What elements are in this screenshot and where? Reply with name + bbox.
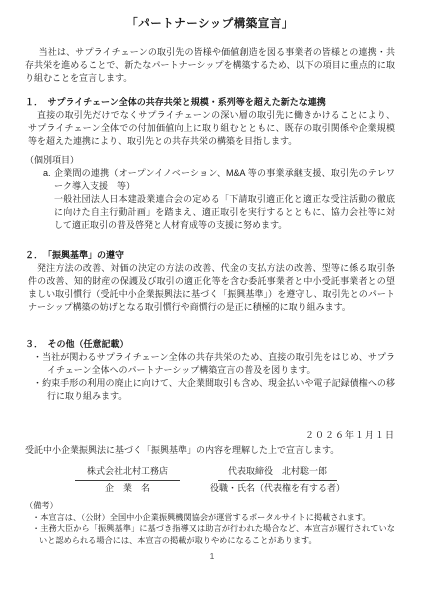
list-item-a-note: 一般社団法人日本建設業連合会の定める「下請取引適正化と適正な受注活動の徹底に向け… xyxy=(54,193,395,232)
section-1-subheading: （個別項目） xyxy=(25,154,395,167)
representative-name-label: 役職・氏名（代表権を有する者） xyxy=(210,482,345,495)
company-name-label: 企 業 名 xyxy=(75,482,180,495)
page-number: 1 xyxy=(0,550,424,563)
list-item-a-content: 企業間の連携（オープンイノベーション、M&A 等の事業承継支援、取引先のテレワー… xyxy=(54,167,395,232)
section-2-body: 発注方法の改善、対価の決定の方法の改善、代金の支払方法の改善、型等に係る取引条件… xyxy=(25,262,395,314)
declaration-date: ２０２６年１月１日 xyxy=(25,429,395,442)
note-item-1: ・本宣言は、（公財）全国中小企業振興機関協会が運営するポータルサイトに掲載されま… xyxy=(25,512,395,524)
representative-signature: 代表取締役 北村聡一郎 役職・氏名（代表権を有する者） xyxy=(210,465,345,495)
section-3-bullet-2: ・約束手形の利用の廃止に向けて、大企業間取引も含め、現金払いや電子記録債権への移… xyxy=(25,377,395,403)
representative-name: 代表取締役 北村聡一郎 xyxy=(218,465,337,481)
notes-section: （備考） ・本宣言は、（公財）全国中小企業振興機関協会が運営するポータルサイトに… xyxy=(25,500,395,546)
section-3: ３． その他（任意記載） ・当社が関わるサプライチェーン全体の共存共栄のため、直… xyxy=(25,338,395,403)
company-signature: 株式会社北村工務店 企 業 名 xyxy=(75,465,180,495)
notes-heading: （備考） xyxy=(25,500,395,512)
intro-paragraph: 当社は、サプライチェーンの取引先の皆様や価値創造を図る事業者の皆様との連携・共存… xyxy=(25,46,395,85)
section-1-heading: １． サプライチェーン全体の共存共栄と規模・系列等を超えた新たな連携 xyxy=(25,96,395,109)
section-1-body: 直接の取引先だけでなくサプライチェーンの深い層の取引先に働きかけることにより、サ… xyxy=(25,109,395,148)
document-title: 「パートナーシップ構築宣言」 xyxy=(25,18,395,31)
note-item-2: ・主務大臣から「振興基準」に基づき指導又は助言が行われた場合など、本宣言が履行さ… xyxy=(25,523,395,546)
signature-block: 株式会社北村工務店 企 業 名 代表取締役 北村聡一郎 役職・氏名（代表権を有す… xyxy=(25,465,395,495)
section-3-bullet-1: ・当社が関わるサプライチェーン全体の共存共栄のため、直接の取引先をはじめ、サプラ… xyxy=(25,351,395,377)
list-item-a-label: a. xyxy=(43,167,54,232)
document-page: 「パートナーシップ構築宣言」 当社は、サプライチェーンの取引先の皆様や価値創造を… xyxy=(0,0,424,600)
section-2: ２． 「振興基準」の遵守 発注方法の改善、対価の決定の方法の改善、代金の支払方法… xyxy=(25,249,395,314)
company-name: 株式会社北村工務店 xyxy=(75,465,180,481)
section-2-heading: ２． 「振興基準」の遵守 xyxy=(25,249,395,262)
list-item-a-text: 企業間の連携（オープンイノベーション、M&A 等の事業承継支援、取引先のテレワー… xyxy=(54,167,395,193)
section-1: １． サプライチェーン全体の共存共栄と規模・系列等を超えた新たな連携 直接の取引… xyxy=(25,96,395,232)
section-3-heading: ３． その他（任意記載） xyxy=(25,338,395,351)
declaration-statement: 受託中小企業振興法に基づく「振興基準」の内容を理解した上で宣言します。 xyxy=(25,444,395,457)
list-item-a: a. 企業間の連携（オープンイノベーション、M&A 等の事業承継支援、取引先のテ… xyxy=(43,167,395,232)
